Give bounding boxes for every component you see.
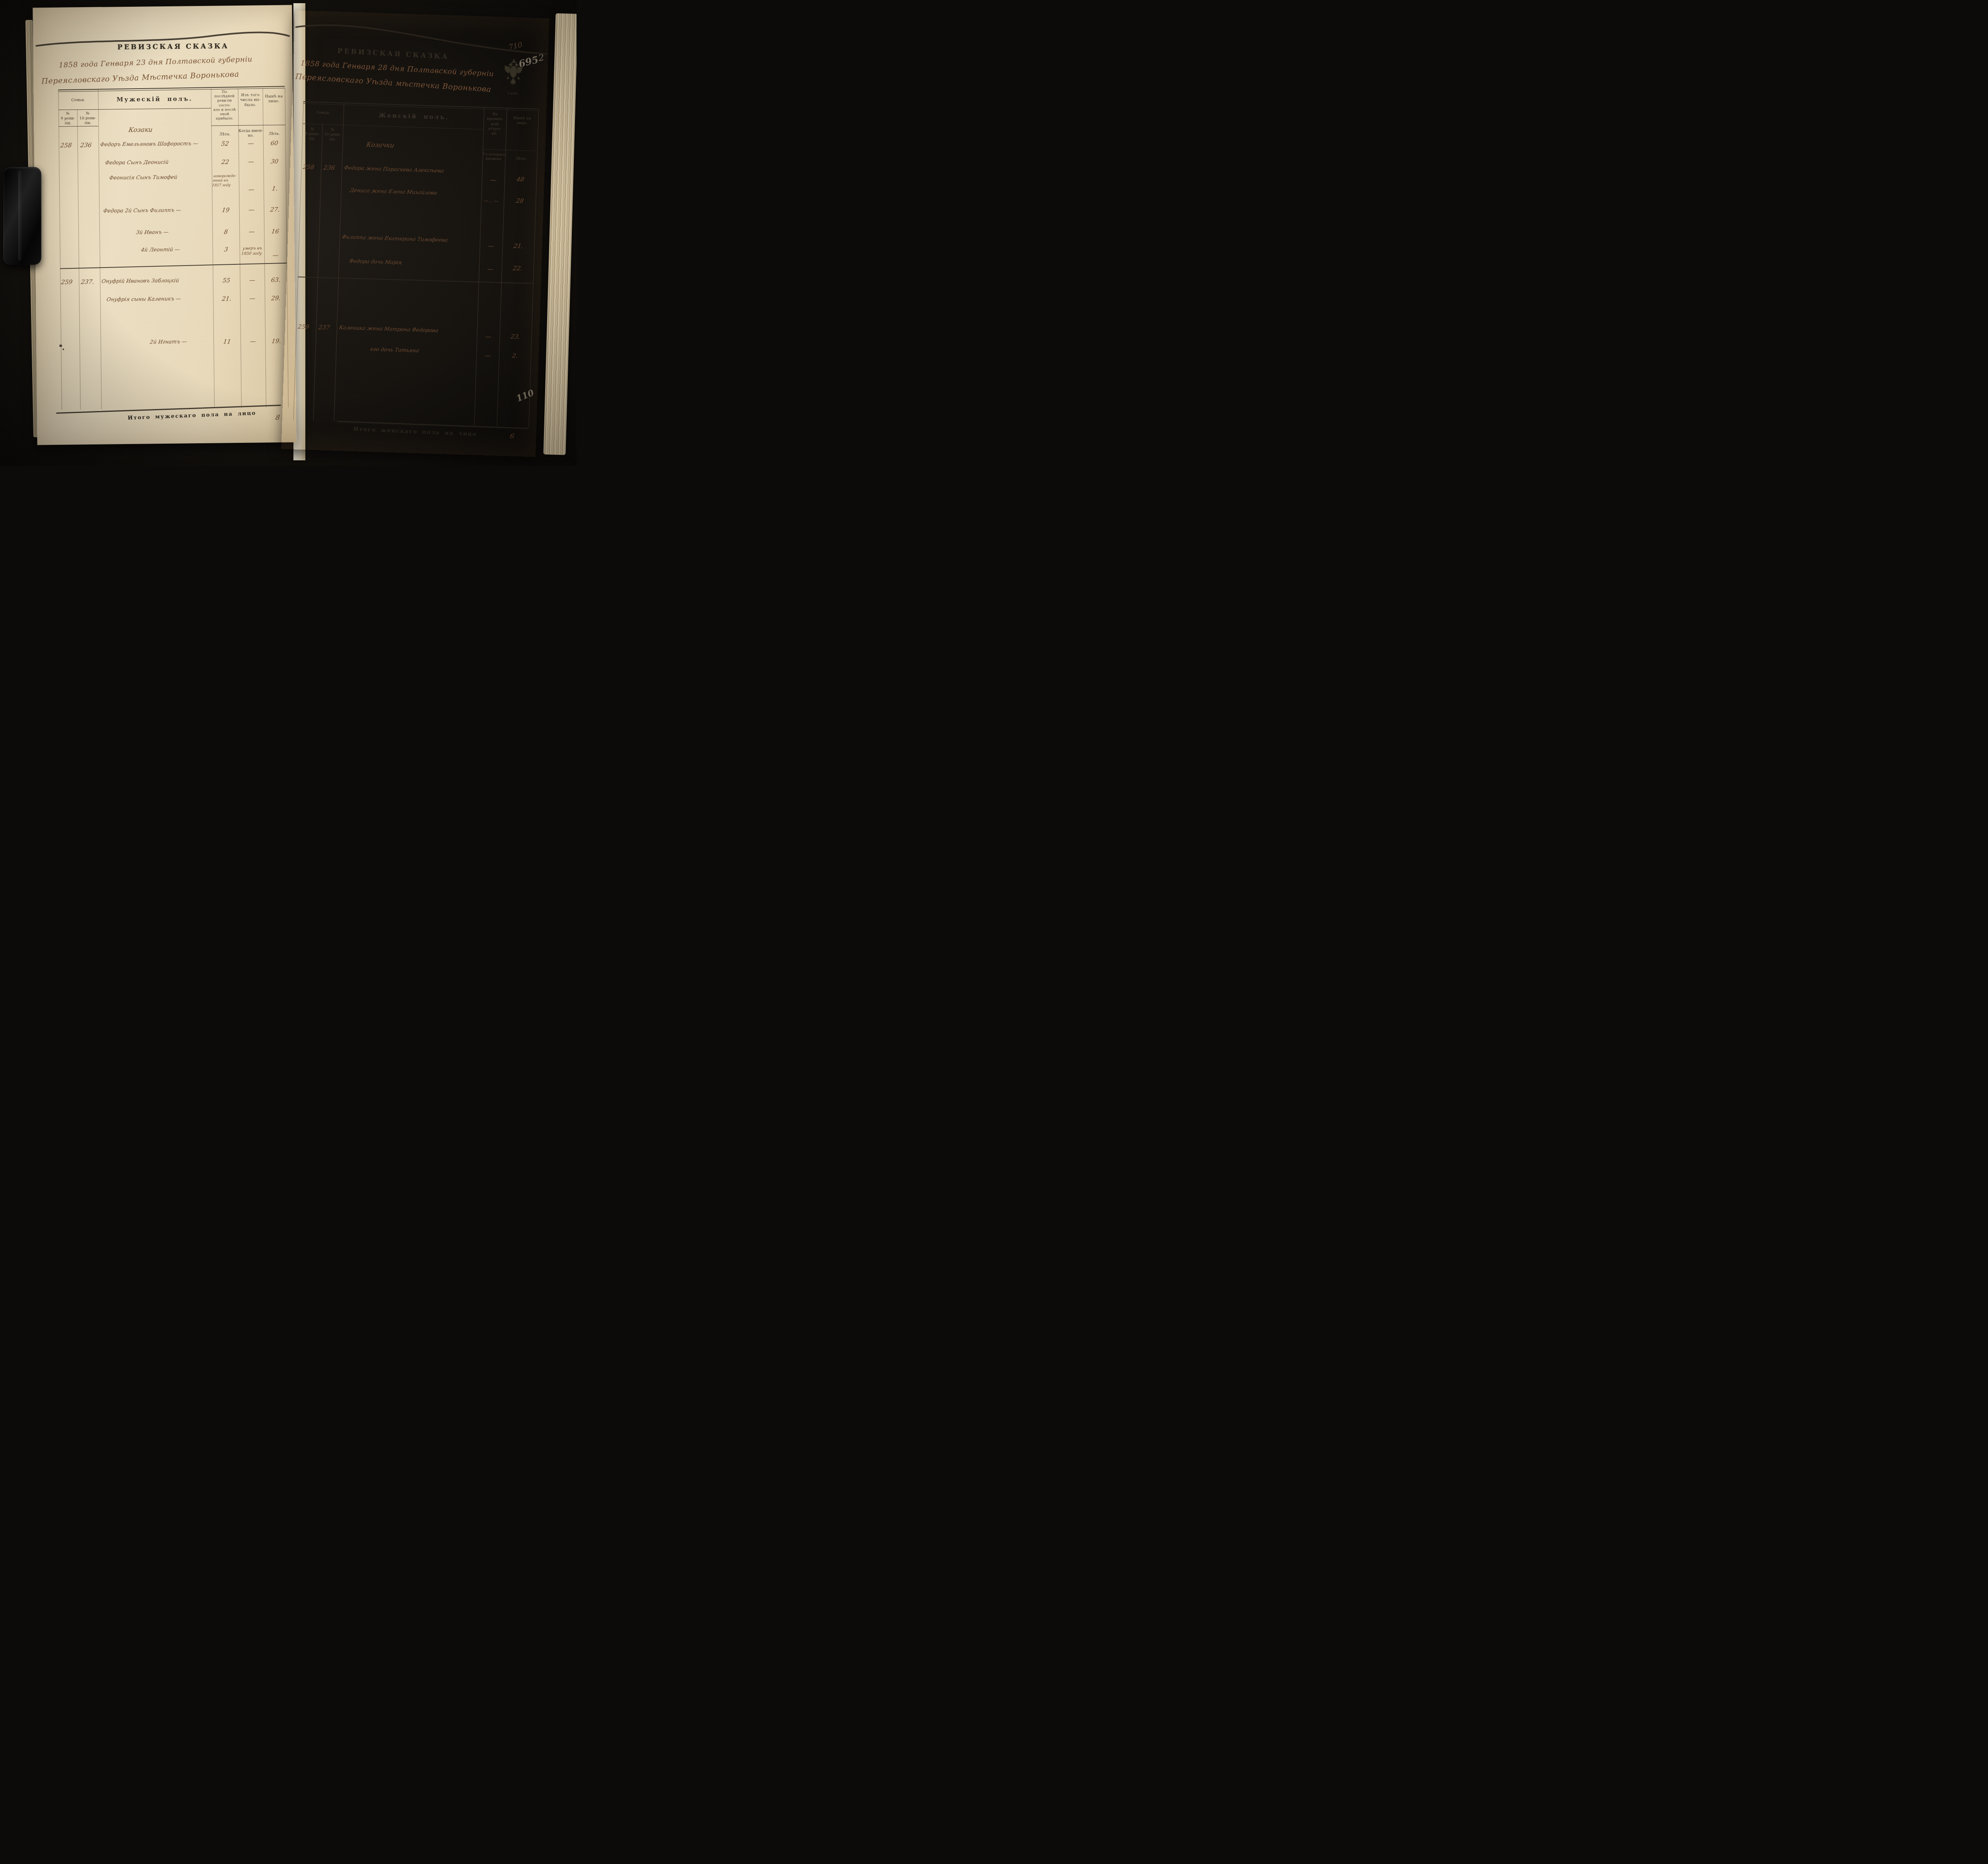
male-sex-header: Мужескій полъ.	[98, 95, 211, 103]
departed-when: —	[239, 277, 265, 283]
absence-mark: —	[476, 334, 500, 340]
age-now: 16	[264, 229, 287, 235]
age-now: —	[264, 252, 287, 259]
age-now: 60	[263, 140, 286, 147]
age-now: 2.	[498, 353, 531, 360]
age-last-revision: 8	[212, 229, 240, 235]
double-headed-eagle-icon	[503, 58, 524, 90]
years-subheader: Лѣта.	[505, 156, 537, 162]
absence-mark: —	[481, 177, 505, 184]
person-name: Федора 2й Сынъ Филиппъ —	[103, 208, 182, 214]
departed-when: —	[238, 159, 264, 165]
person-name: 2й Игнатъ —	[149, 339, 187, 345]
page-title: РЕВИЗСКАЯ СКАЗКА	[117, 42, 229, 51]
cossack-women-script-label: Козачки	[366, 141, 395, 149]
table-top-rule	[303, 101, 539, 110]
cossacks-script-label: Козаки	[128, 126, 153, 134]
age-now: 48	[504, 176, 537, 183]
person-name: Филиппа жена Екатерина Тимофеева	[342, 235, 448, 243]
since-when-subheader: Съ котораго времени.	[482, 152, 505, 161]
person-name: его дочь Татьяна	[370, 347, 419, 353]
table-top-rule-2	[303, 103, 539, 111]
stamp-caption: 2 коп.	[503, 91, 523, 96]
years-subheader: Лѣта.	[212, 132, 239, 137]
person-name: Федоръ Емельяновъ Шафоростъ —	[100, 141, 199, 147]
table-row: 258 236 Федора жена Параскева Алексѣева …	[290, 164, 545, 172]
age-now: 21.	[502, 243, 535, 250]
absence-mark: —	[476, 353, 499, 359]
rev9-number: 259	[297, 324, 310, 331]
table-row: его дочь Татьяна — 2.	[285, 344, 539, 352]
person-name: Федора жена Параскева Алексѣева	[344, 165, 444, 174]
rev9-number: 259	[60, 279, 73, 285]
col-line	[293, 102, 304, 420]
person-name: Онуфрій Ивановъ Заблоцкій	[101, 278, 179, 285]
rev10-number: 237	[318, 324, 330, 331]
female-sex-header: Женскій полъ.	[344, 111, 484, 122]
absence-mark: —	[478, 266, 502, 273]
rev9-number: 258	[60, 142, 72, 149]
departed-when: —	[240, 338, 266, 345]
families-header: Семьи.	[303, 110, 344, 116]
table-row: Федора 2й Сынъ Филиппъ — 19 — 27.	[35, 207, 294, 209]
male-total-value: 8	[275, 414, 281, 422]
absence-mark: —	[479, 243, 503, 250]
table-row: Федора Сынъ Деонисій 22 — 30	[34, 159, 293, 161]
age-last-revision: 55	[212, 277, 240, 284]
age-last-revision: 11	[213, 339, 241, 345]
age-last-revision: 21.	[213, 296, 241, 302]
table-row: 3й Иванъ — 8 — 16	[35, 229, 294, 231]
person-name: Дениса жена Елена Михайлова	[349, 188, 438, 196]
female-total-value: 6	[509, 433, 515, 440]
person-name: Федора дочь Марія	[349, 259, 402, 266]
rev10-number: 236	[80, 142, 92, 149]
margin-pencil-number: 110	[515, 388, 536, 404]
table-top-rule-2	[58, 88, 285, 92]
ink-blot	[59, 345, 62, 347]
age-now: 22.	[501, 265, 534, 272]
table-row: Филиппа жена Екатерина Тимофеева — 21.	[288, 233, 542, 241]
page-stack-right-edge	[544, 13, 577, 455]
header-divider-rule	[58, 108, 211, 110]
family-separator-rule	[60, 263, 287, 269]
departed-when-note: умеръ въ 1850 году	[239, 246, 265, 256]
when-exactly-subheader: Когда имен- но.	[238, 128, 263, 138]
rev10-number: 237.	[80, 279, 95, 285]
left-page-male-census: РЕВИЗСКАЯ СКАЗКА 1858 года Генваря 23 дн…	[33, 5, 296, 445]
table-row: 4й Леонтій — 3 умеръ въ 1850 году —	[35, 246, 295, 249]
col-line	[313, 124, 323, 421]
age-last-revision: 19	[212, 207, 239, 213]
subheader-rule-right	[483, 149, 537, 151]
departed-when: —	[238, 140, 264, 147]
age-now: 27.	[263, 207, 286, 213]
age-now: 23.	[499, 334, 532, 341]
departed-when: —	[239, 207, 264, 213]
table-row: Дениса жена Елена Михайлова — .. — 28	[289, 186, 544, 194]
table-row: Федора дочь Марія — 22.	[287, 257, 542, 265]
rev10-number: 236	[323, 165, 336, 171]
age-last-revision: 22	[211, 159, 239, 165]
male-total-label: Итого мужескаго пола на лицо	[128, 410, 256, 421]
table-row: Онуфрія сыны Каленикъ — 21. — 29.	[36, 295, 295, 298]
place-line-handwritten: Переясловскаго Уѣзда Мѣстечка Воронькова	[41, 70, 239, 86]
rev9-subheader: № 9 реви- зіи.	[302, 127, 322, 142]
temporary-absence-header: Во времен- ной отлуч- кѣ.	[483, 112, 506, 137]
photographed-revision-list-book: РЕВИЗСКАЯ СКАЗКА 1858 года Генваря 23 дн…	[0, 0, 577, 466]
ink-blot	[62, 349, 64, 350]
person-name: Каленика жена Матрона Федорова	[339, 325, 439, 334]
person-name: Феонисія Сынъ Тимофей	[109, 175, 178, 181]
departed-header: Изъ того числа вы- было.	[239, 93, 262, 108]
rev10-subheader: № 10 реви- зіи.	[322, 127, 343, 142]
departed-when: —	[239, 186, 264, 193]
subheader-rule-right	[211, 125, 285, 126]
now-present-header: Нынѣ на лицо.	[263, 94, 285, 104]
absence-mark: — .. —	[478, 198, 504, 204]
right-page-female-census: РЕВИЗСКАЯ СКАЗКА 1858 года Генваря 28 дн…	[281, 10, 549, 457]
family-separator-rule	[298, 277, 533, 284]
age-last-revision: 52	[211, 141, 239, 147]
age-now: 28	[503, 198, 536, 205]
age-now: 63.	[264, 277, 287, 283]
years-subheader: Лѣта.	[263, 132, 285, 136]
col-line	[77, 110, 81, 409]
departed-when: —	[240, 295, 265, 302]
table-row: Феонисія Сынъ Тимофей новорожде- нный въ…	[35, 174, 294, 177]
age-now: 29.	[264, 295, 287, 302]
col-line	[58, 90, 62, 410]
now-present-header: Нынѣ на лицо.	[507, 116, 538, 126]
age-last-revision: 3	[212, 246, 240, 253]
female-total-label: Итого женскаго пола на лицо	[353, 426, 477, 438]
table-row: 2й Игнатъ — 11 — 19.	[36, 338, 295, 341]
age-last-revision-note: новорожде- нный въ 1857 году	[212, 174, 239, 188]
rev10-subheader: № 10 реви- зіи.	[77, 111, 98, 126]
imperial-eagle-stamp: 2 коп.	[503, 58, 524, 96]
departed-when: —	[239, 229, 264, 235]
age-now: 30	[263, 159, 286, 165]
col-line	[334, 103, 344, 421]
rev9-subheader: № 9 реви- зіи.	[58, 111, 77, 126]
person-name: Онуфрія сыны Каленикъ —	[106, 297, 182, 303]
table-row: 259 237. Онуфрій Ивановъ Заблоцкій 55 — …	[35, 277, 295, 280]
person-name: 4й Леонтій —	[141, 247, 181, 253]
rev9-number: 258	[302, 164, 315, 171]
binder-clip	[3, 167, 41, 265]
date-line-handwritten: 1858 года Генваря 23 дня Полтавской губе…	[59, 55, 253, 70]
person-name: 3й Иванъ —	[136, 230, 169, 236]
col-line	[98, 90, 101, 409]
last-revision-header: По послѣдней ревизіи состо- яло и послѣ …	[211, 90, 238, 121]
table-row: 259 237 Каленика жена Матрона Федорова —…	[285, 324, 540, 332]
table-row: 258 236 Федоръ Емельяновъ Шафоростъ — 52…	[34, 140, 293, 143]
age-now: 1.	[263, 186, 286, 192]
families-header: Семьи.	[58, 98, 98, 103]
person-name: Федора Сынъ Деонисій	[105, 160, 169, 166]
subheader-rule-left	[58, 126, 98, 127]
